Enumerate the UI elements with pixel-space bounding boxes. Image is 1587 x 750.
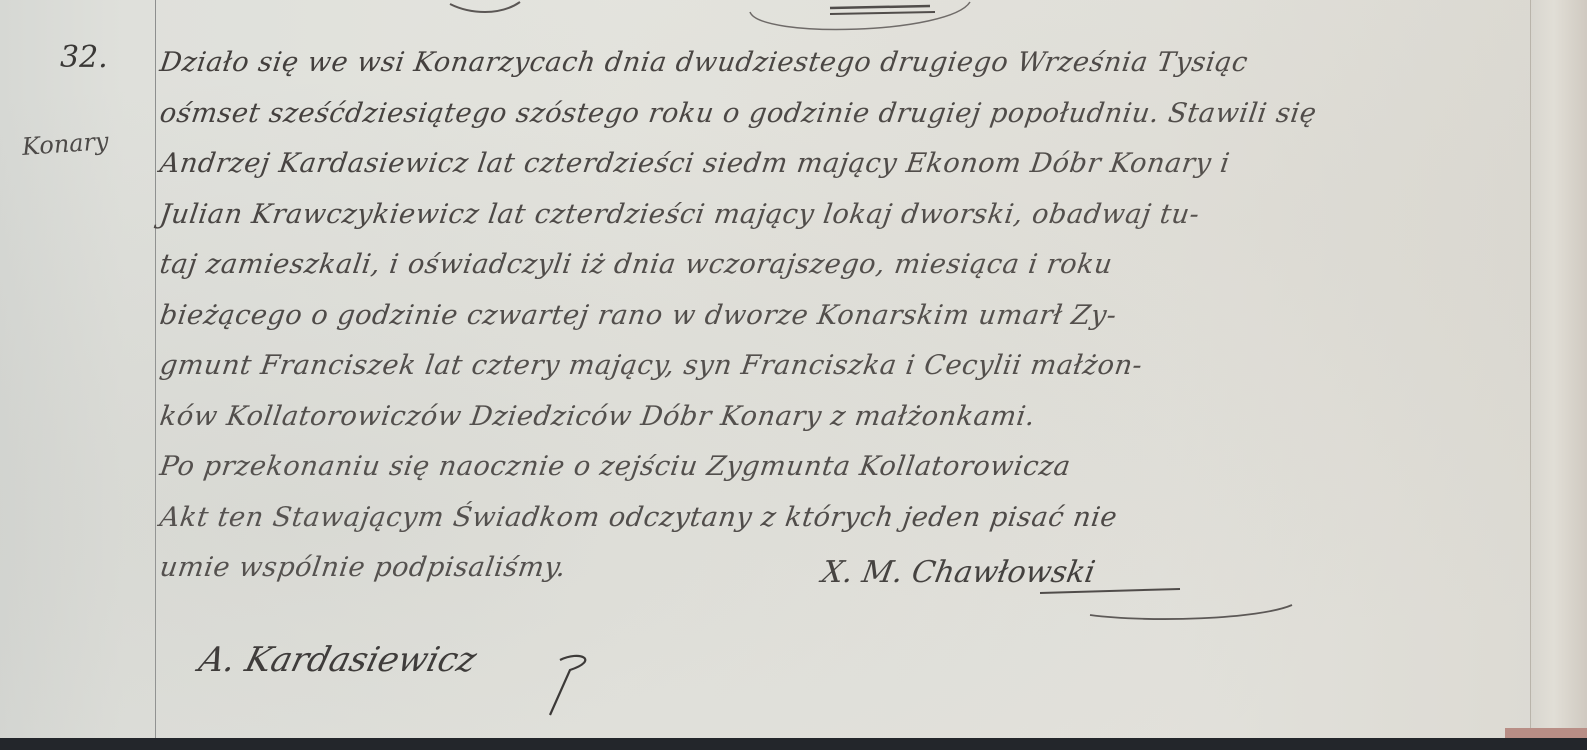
book-cover-edge bbox=[1505, 728, 1587, 738]
book-page-edge bbox=[1530, 0, 1587, 750]
register-page: 32. Konary Działo się we wsi Konarzycach… bbox=[0, 0, 1555, 742]
entry-line: taj zamieszkali, i oświadczyli iż dnia w… bbox=[156, 240, 1533, 291]
entry-line: Działo się we wsi Konarzycach dnia dwudz… bbox=[156, 38, 1533, 89]
entry-line: Akt ten Stawającym Świadkom odczytany z … bbox=[156, 493, 1533, 544]
book-background bbox=[0, 738, 1587, 750]
signature-underline-flourish bbox=[1030, 575, 1300, 625]
entry-line: bieżącego o godzinie czwartej rano w dwo… bbox=[156, 291, 1533, 342]
signature-tail-flourish bbox=[530, 650, 610, 720]
margin-place-name: Konary bbox=[21, 127, 109, 161]
entry-line: Julian Krawczykiewicz lat czterdzieści m… bbox=[156, 190, 1533, 241]
entry-line: ków Kollatorowiczów Dziedziców Dóbr Kona… bbox=[156, 392, 1533, 443]
entry-line: ośmset sześćdziesiątego szóstego roku o … bbox=[156, 89, 1533, 140]
entry-number: 32. bbox=[60, 40, 108, 75]
top-flourish-decoration bbox=[430, 0, 990, 34]
entry-body: Działo się we wsi Konarzycach dnia dwudz… bbox=[160, 38, 1530, 594]
entry-line: Po przekonaniu się naocznie o zejściu Zy… bbox=[156, 442, 1533, 493]
entry-line: gmunt Franciszek lat cztery mający, syn … bbox=[156, 341, 1533, 392]
witness-signature: A. Kardasiewicz bbox=[195, 640, 480, 680]
margin-rule bbox=[155, 0, 156, 742]
entry-line: Andrzej Kardasiewicz lat czterdzieści si… bbox=[156, 139, 1533, 190]
